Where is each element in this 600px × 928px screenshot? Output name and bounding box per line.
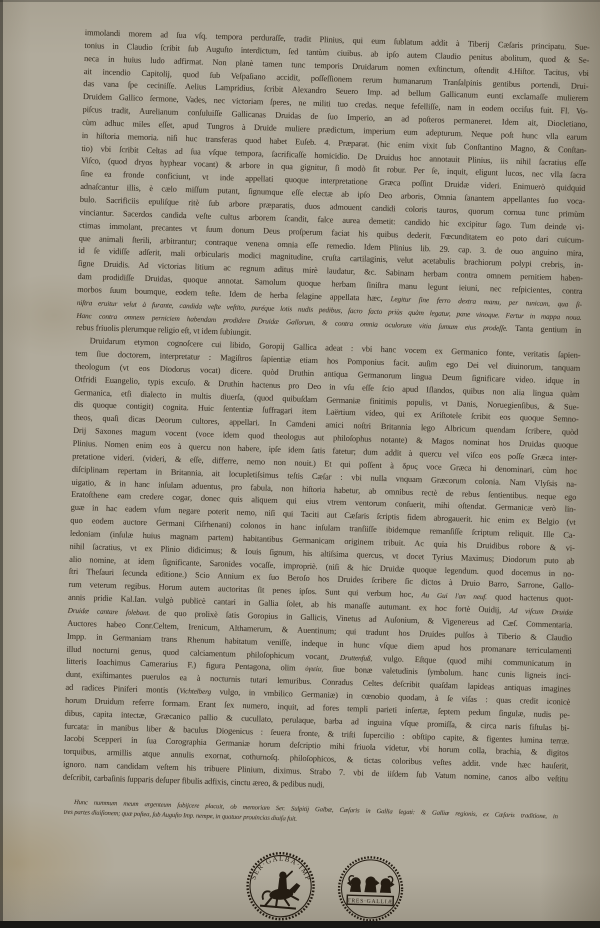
text-segment: quod hactenus quot- xyxy=(487,592,574,604)
italic-text-segment: Vichtelberg xyxy=(179,686,211,696)
text-segment: Tanta gentium in xyxy=(508,323,582,334)
photo-edge-top xyxy=(0,0,600,2)
page-content: immolandi morem ad ſua vſq. tempora perd… xyxy=(59,27,590,928)
text-segment: ad radices Piniferi montis ( xyxy=(65,683,179,695)
body-text: immolandi morem ad ſua vſq. tempora perd… xyxy=(63,27,590,799)
coin-tres-galliae-icon: TRES·GALLIÆ xyxy=(335,854,405,924)
book-page: immolandi morem ad ſua vſq. tempora perd… xyxy=(0,0,600,928)
horseman-figure xyxy=(262,871,300,908)
italic-text-segment: Ad viſcum Druidæ xyxy=(509,606,573,617)
coin-galba-horseman-icon: SER·GALBA·IMP xyxy=(243,849,317,923)
photo-frame: immolandi morem ad ſua vſq. tempora perd… xyxy=(0,0,600,928)
photo-edge-left xyxy=(0,0,3,928)
coin-illustrations: SER·GALBA·IMP xyxy=(83,844,566,928)
photo-edge-bottom xyxy=(0,921,600,928)
italic-text-segment: Au Gui l'an neuf. xyxy=(421,591,487,602)
italic-text-segment: Druidæ cantare ſolebant. xyxy=(68,606,151,617)
ground-line xyxy=(259,906,295,909)
italic-text-segment: Druttenfuß, xyxy=(340,652,372,662)
italic-text-segment: ὑγιεία, xyxy=(305,664,323,674)
footnote: Hunc nummum meum argenteum ſubijcere pla… xyxy=(64,797,558,833)
three-busts-figure xyxy=(347,875,393,892)
